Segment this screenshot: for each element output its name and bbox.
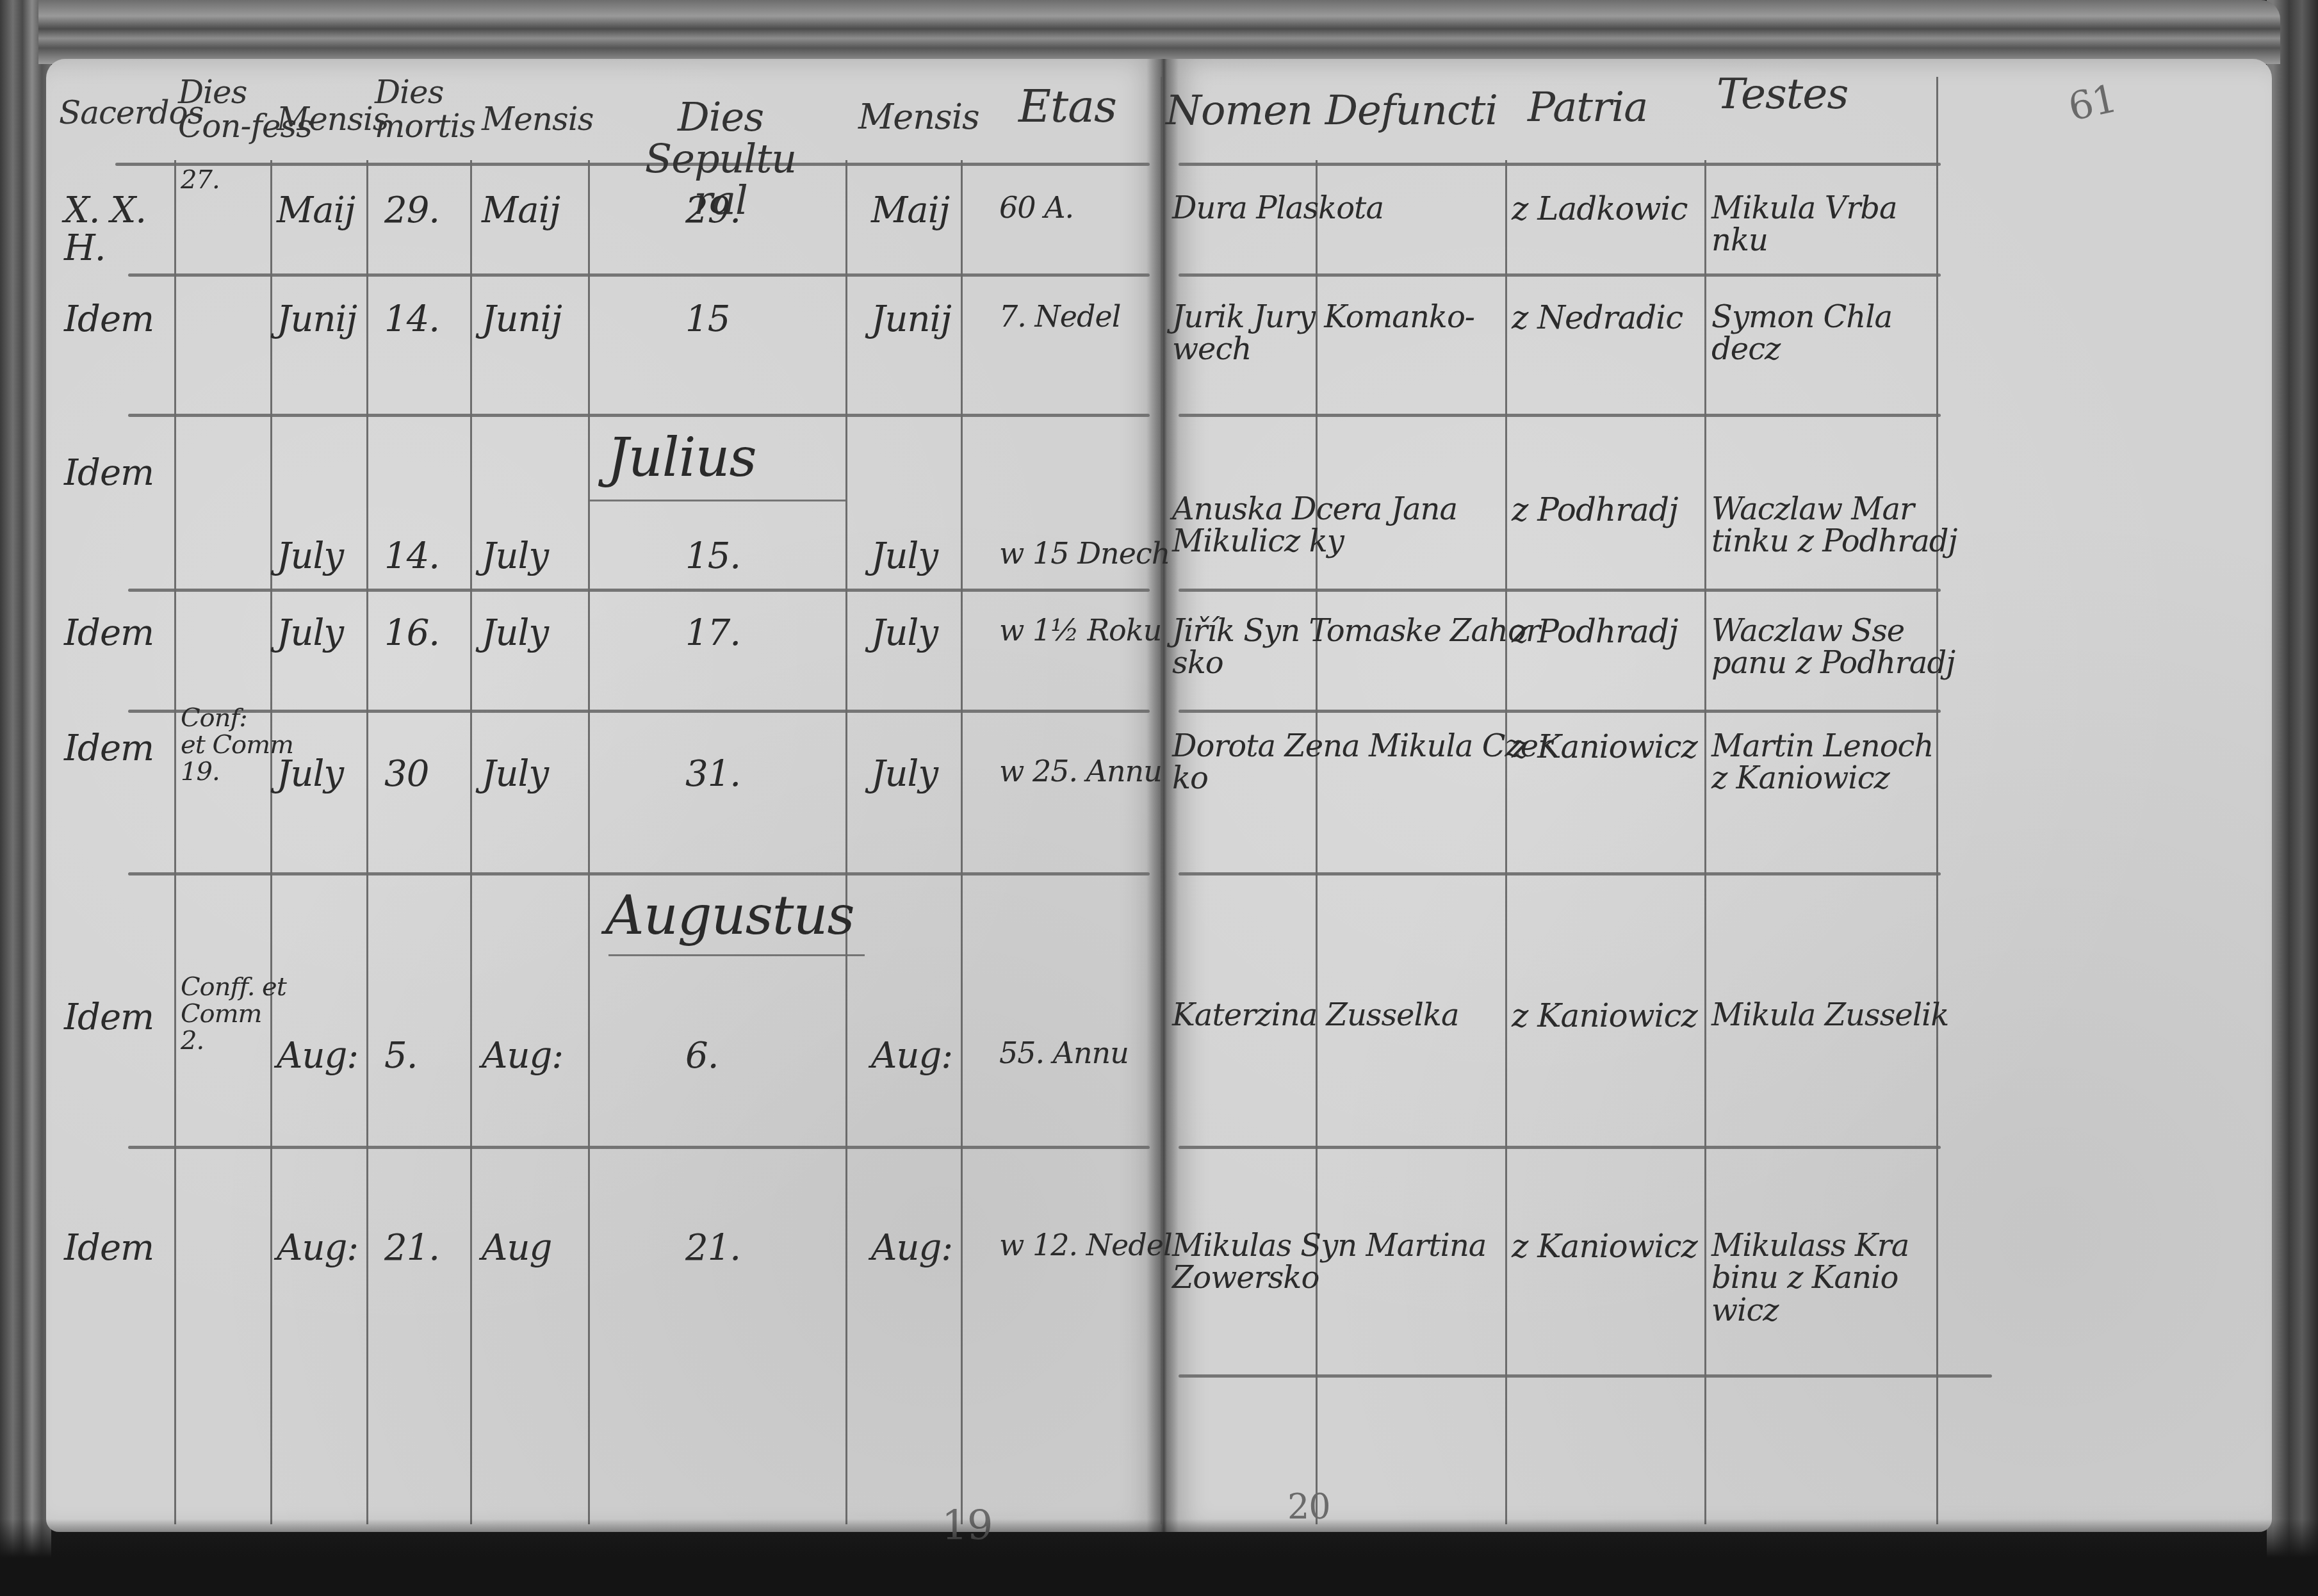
cell-dies-sepulturae: 21. (685, 1230, 740, 1267)
book-edge-right (2267, 0, 2318, 1596)
cell-testes: Waczlaw Sse panu z Podhradj (1711, 615, 1955, 680)
cell-mensis-confess: Aug: (277, 1230, 358, 1267)
cell-mensis-sepulturae: Aug: (871, 1230, 952, 1267)
cell-mensis-sepulturae: Junij (871, 301, 951, 339)
ruling-horizontal (128, 273, 1150, 277)
cell-patria: z Kaniowicz (1512, 999, 1697, 1033)
cell-sacerdos: X. X. H. (64, 192, 146, 268)
ruling-horizontal (1179, 1374, 1992, 1378)
cell-dies-confess: Conff. et Comm 2. (181, 973, 286, 1054)
cell-nomen-defuncti: Jiřík Syn Tomaske Zahor sko (1172, 615, 1540, 680)
ruling-horizontal (1179, 414, 1941, 417)
left-page (46, 59, 1164, 1532)
cell-sacerdos: Idem (64, 999, 154, 1037)
header-nomen-defuncti: Nomen Defuncti (1166, 90, 1498, 133)
header-testes: Testes (1717, 72, 1848, 116)
cell-mensis-mortis: Maij (482, 192, 560, 230)
ruling-vertical (1161, 77, 1163, 1524)
bottom-shadow (0, 1519, 2318, 1596)
cell-dies-mortis: 14. (384, 301, 439, 339)
cell-dies-mortis: 30 (384, 756, 429, 794)
cell-mensis-mortis: Aug: (482, 1038, 563, 1075)
ruling-vertical (270, 160, 272, 1524)
cell-patria: z Nedradic (1512, 301, 1683, 335)
month-heading-julius: Julius (607, 429, 756, 485)
ruling-horizontal (128, 414, 1150, 417)
cell-etas: w 1½ Roku (999, 615, 1161, 646)
cell-patria: z Ladkowic (1512, 192, 1687, 226)
month-heading-underline (608, 954, 865, 956)
header-patria: Patria (1528, 86, 1647, 129)
cell-mensis-sepulturae: Maij (871, 192, 949, 230)
cell-patria: z Kaniowicz (1512, 1230, 1697, 1264)
cell-dies-mortis: 29. (384, 192, 439, 230)
cell-sacerdos: Idem (64, 730, 154, 768)
month-heading-underline (588, 500, 845, 501)
cell-dies-sepulturae: 31. (685, 756, 740, 794)
cell-dies-sepulturae: 6. (685, 1038, 718, 1075)
cell-dies-mortis: 21. (384, 1230, 439, 1267)
cell-dies-mortis: 5. (384, 1038, 417, 1075)
cell-mensis-mortis: July (482, 756, 548, 794)
header-mensis-confess: Mensis (277, 102, 388, 136)
header-mensis-mortis: Mensis (482, 102, 593, 136)
cell-dies-sepulturae: 15 (685, 301, 730, 339)
header-dies-mortis: Dies mortis (375, 76, 475, 143)
cell-dies-mortis: 14. (384, 538, 439, 576)
month-heading-augustus: Augustus (605, 887, 854, 943)
cell-mensis-sepulturae: July (871, 615, 938, 653)
cell-mensis-sepulturae: July (871, 756, 938, 794)
cell-nomen-defuncti: Anuska Dcera Jana Mikulicz ky (1172, 493, 1457, 558)
ruling-horizontal (128, 1146, 1150, 1149)
cell-nomen-defuncti: Mikulas Syn Martina Zowersko (1172, 1230, 1486, 1294)
cell-sacerdos: Idem (64, 1230, 154, 1267)
cell-etas: w 12. Nedel (999, 1230, 1172, 1260)
ruling-horizontal (1179, 1146, 1941, 1149)
cell-nomen-defuncti: Dorota Zena Mikula Czer ko (1172, 730, 1552, 795)
cell-nomen-defuncti: Jurik Jury Komanko- wech (1172, 301, 1474, 366)
book-edge-left (0, 0, 51, 1596)
cell-testes: Martin Lenoch z Kaniowicz (1711, 730, 1933, 795)
cell-sacerdos: Idem (64, 615, 154, 653)
ruling-vertical (1936, 77, 1938, 1524)
cell-dies-sepulturae: 15. (685, 538, 740, 576)
ruling-vertical (961, 160, 963, 1524)
folio-number: 61 (2065, 79, 2120, 128)
cell-dies-mortis: 16. (384, 615, 439, 653)
cell-testes: Mikula Vrba nku (1711, 192, 1897, 257)
cell-dies-sepulturae: 29. (685, 192, 740, 230)
cell-dies-sepulturae: 17. (685, 615, 740, 653)
ruling-horizontal (1179, 273, 1941, 277)
ruling-vertical (1704, 160, 1706, 1524)
cell-mensis-confess: July (277, 756, 343, 794)
cell-patria: z Kaniowicz (1512, 730, 1697, 764)
cell-etas: 7. Nedel (999, 301, 1120, 332)
book-edge-top (38, 0, 2280, 64)
cell-nomen-defuncti: Dura Plaskota (1172, 192, 1383, 224)
cell-sacerdos: Idem (64, 301, 154, 339)
cell-mensis-mortis: July (482, 538, 548, 576)
cell-mensis-confess: Junij (277, 301, 357, 339)
cell-mensis-sepulturae: Aug: (871, 1038, 952, 1075)
header-mensis-sepulturae: Mensis (858, 99, 979, 136)
cell-etas: w 25. Annu (999, 756, 1162, 786)
ruling-vertical (366, 160, 368, 1524)
cell-etas: 60 A. (999, 192, 1073, 223)
ruling-horizontal (1179, 872, 1941, 875)
ruling-vertical (470, 160, 472, 1524)
cell-testes: Symon Chla decz (1711, 301, 1892, 366)
ruling-horizontal (128, 872, 1150, 875)
cell-mensis-confess: Maij (277, 192, 355, 230)
ruling-horizontal (1179, 163, 1941, 166)
ruling-vertical (1505, 160, 1507, 1524)
cell-mensis-mortis: July (482, 615, 548, 653)
cell-etas: w 15 Dnech (999, 538, 1170, 569)
cell-testes: Mikula Zusselik (1711, 999, 1948, 1031)
ruling-horizontal (1179, 710, 1941, 713)
cell-mensis-mortis: Junij (482, 301, 562, 339)
cell-testes: Mikulass Kra binu z Kanio wicz (1711, 1230, 1909, 1326)
header-etas: Etas (1018, 83, 1116, 131)
ruling-vertical (588, 160, 590, 1524)
cell-patria: z Podhradj (1512, 615, 1677, 649)
cell-testes: Waczlaw Mar tinku z Podhradj (1711, 493, 1957, 558)
cell-mensis-confess: Aug: (277, 1038, 358, 1075)
ruling-vertical (845, 160, 847, 1524)
cell-dies-confess: 27. (181, 167, 220, 193)
ruling-horizontal (128, 589, 1150, 592)
cell-mensis-confess: July (277, 538, 343, 576)
ruling-horizontal (1179, 589, 1941, 592)
cell-nomen-defuncti: Katerzina Zusselka (1172, 999, 1459, 1031)
cell-mensis-confess: July (277, 615, 343, 653)
cell-mensis-mortis: Aug (482, 1230, 551, 1267)
cell-mensis-sepulturae: July (871, 538, 938, 576)
ruling-vertical (174, 160, 176, 1524)
cell-sacerdos: Idem (64, 455, 154, 493)
cell-etas: 55. Annu (999, 1038, 1129, 1068)
cell-patria: z Podhradj (1512, 493, 1677, 527)
